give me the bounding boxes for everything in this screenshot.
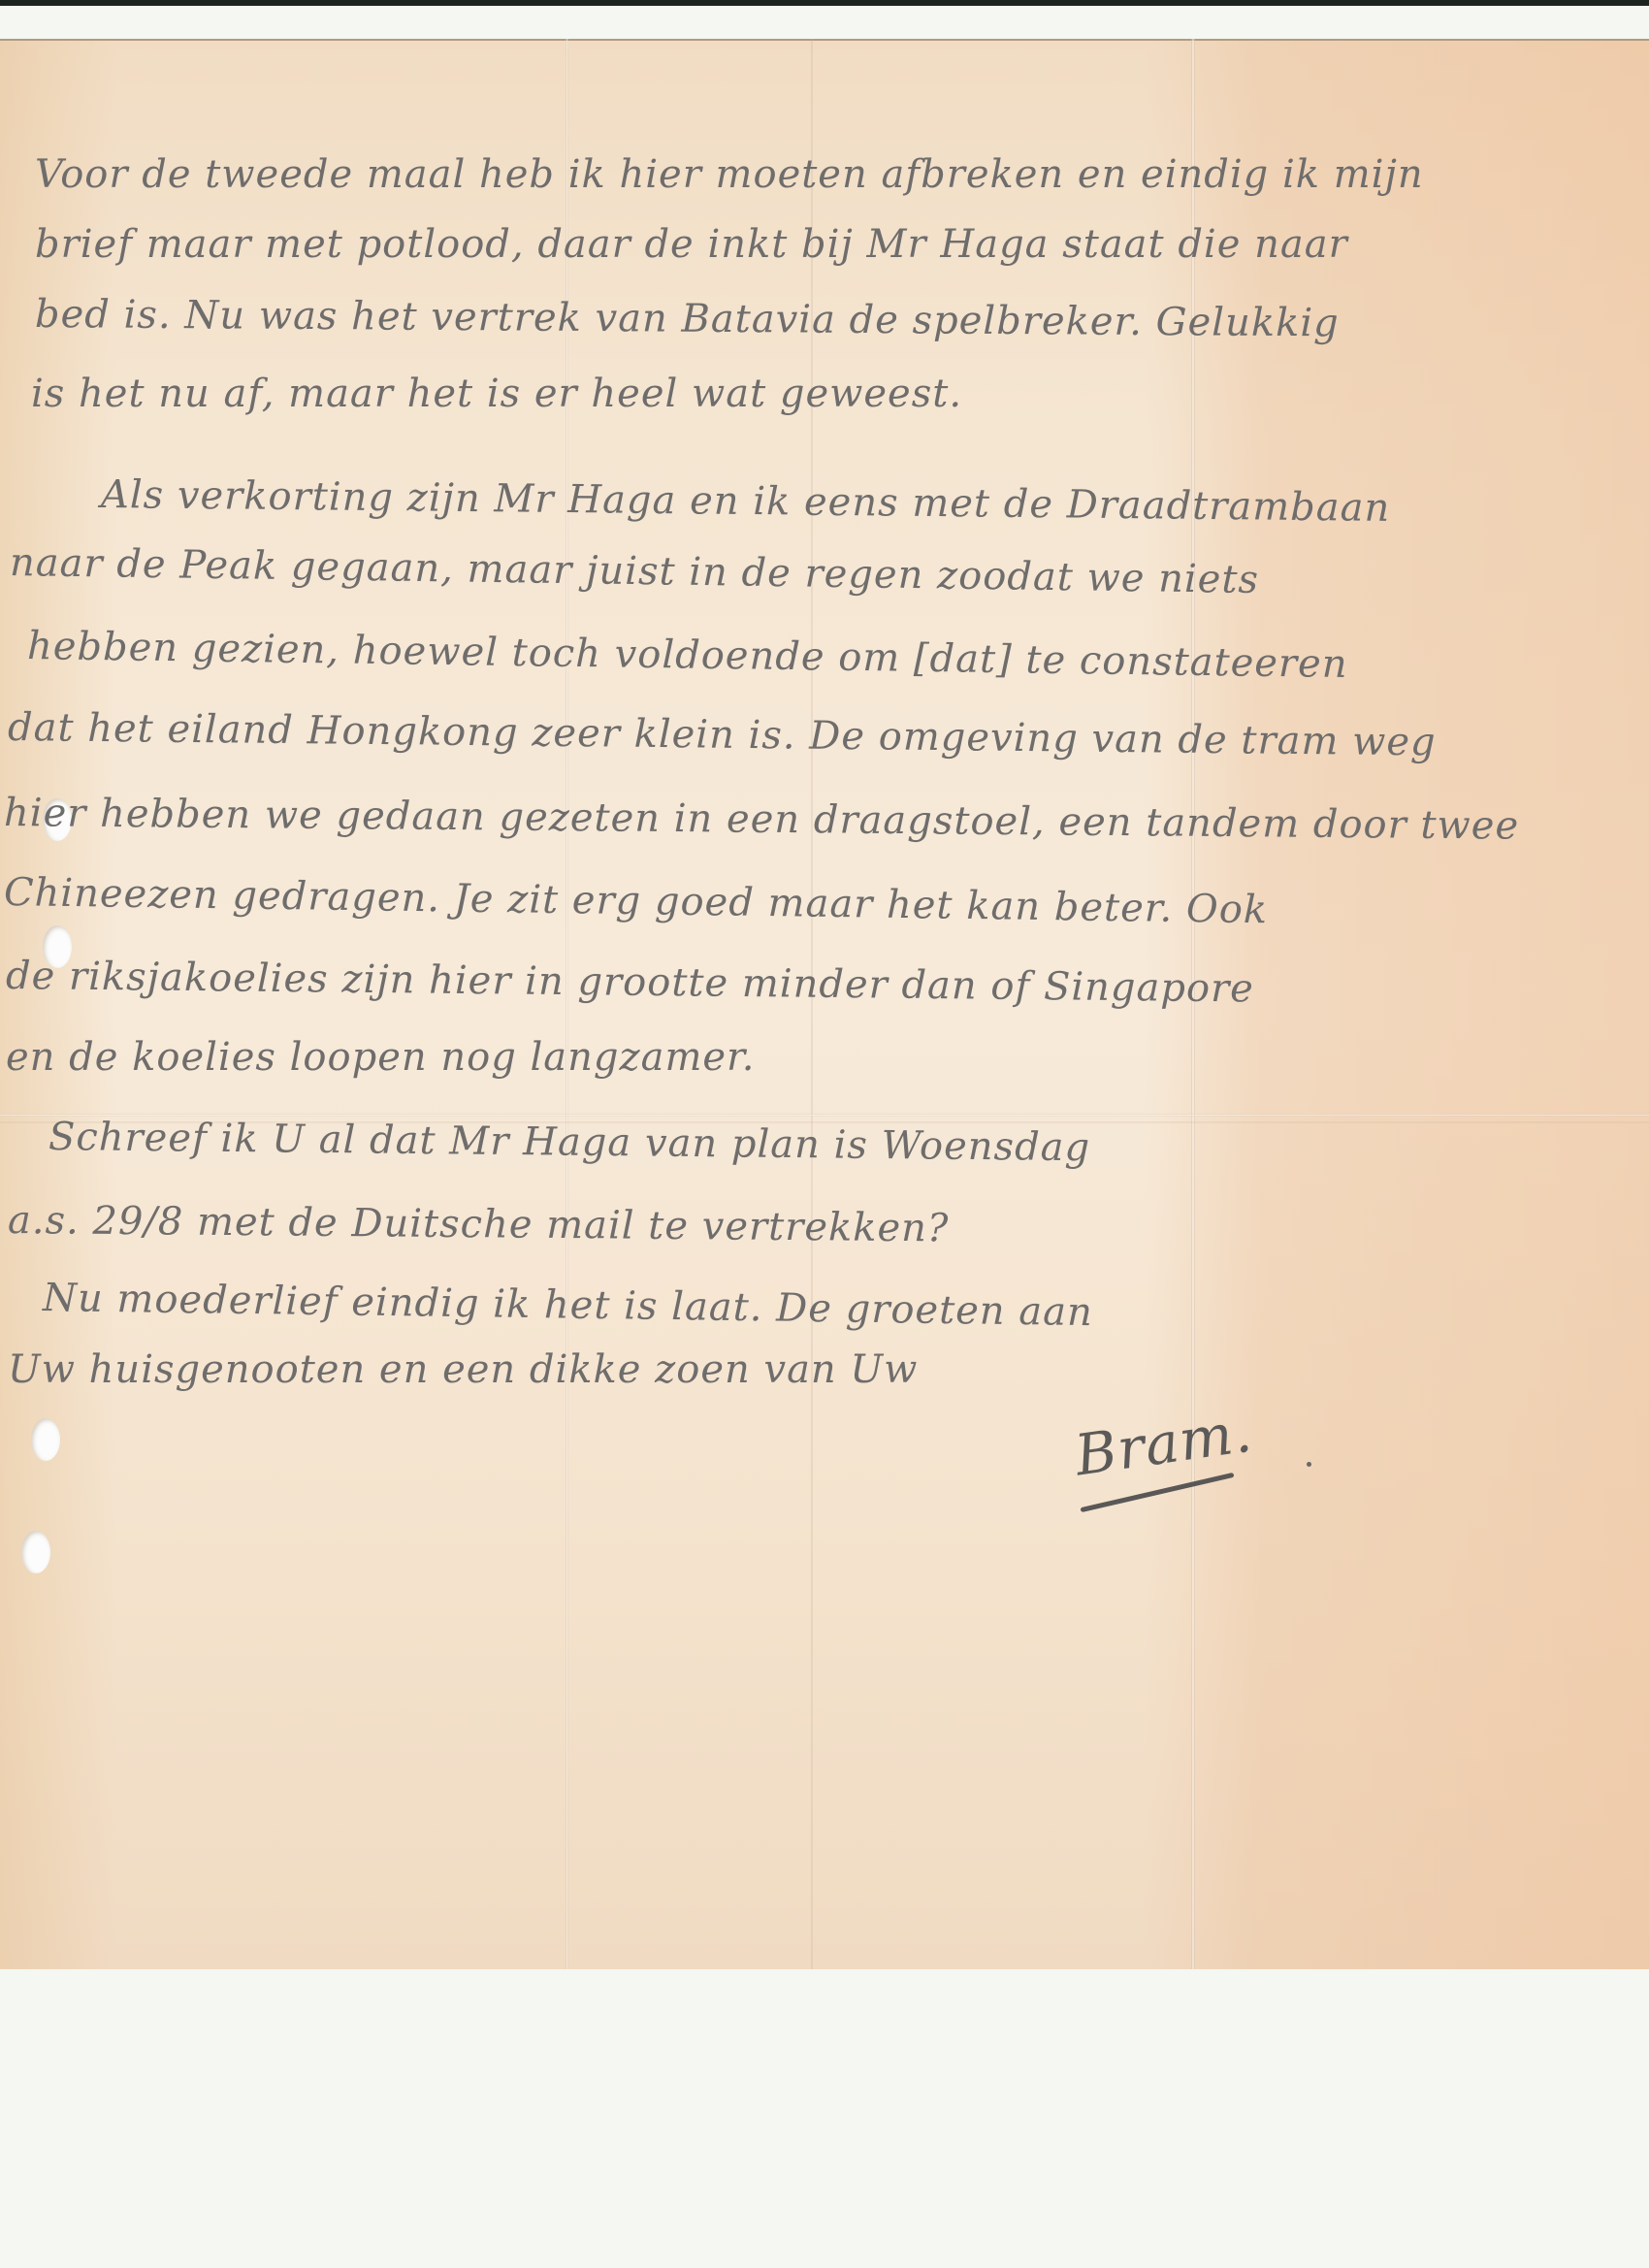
letter-line: a.s. 29/8 met de Duitsche mail te vertre… [8,1201,950,1247]
letter-line: dat het eiland Hongkong zeer klein is. D… [8,708,1437,761]
letter-line: Nu moederlief eindig ik het is laat. De … [43,1279,1093,1332]
letter-line: Schreef ik U al dat Mr Haga van plan is … [48,1118,1091,1167]
signature-period [1307,1462,1311,1467]
letter-line: en de koelies loopen nog langzamer. [6,1038,755,1077]
letter-line: hebben gezien, hoewel toch voldoende om … [27,627,1348,684]
letter-line: Als verkorting zijn Mr Haga en ik eens m… [101,475,1391,528]
letter-line: brief maar met potlood, daar de inkt bij… [35,225,1348,264]
letter-line: Uw huisgenooten en een dikke zoen van Uw [8,1350,918,1389]
letter-line: naar de Peak gegaan, maar juist in de re… [10,543,1260,599]
letter-body: Voor de tweede maal heb ik hier moeten a… [0,0,1649,2268]
scan-margin-bottom [0,1969,1649,2268]
letter-line: Chineezen gedragen. Je zit erg goed maar… [4,873,1269,929]
letter-line: is het nu af, maar het is er heel wat ge… [31,374,962,413]
letter-line: hier hebben we gedaan gezeten in een dra… [4,794,1519,846]
letter-line: bed is. Nu was het vertrek van Batavia d… [35,295,1340,342]
letter-line: de riksjakoelies zijn hier in grootte mi… [6,956,1254,1008]
letter-line: Voor de tweede maal heb ik hier moeten a… [35,155,1424,194]
